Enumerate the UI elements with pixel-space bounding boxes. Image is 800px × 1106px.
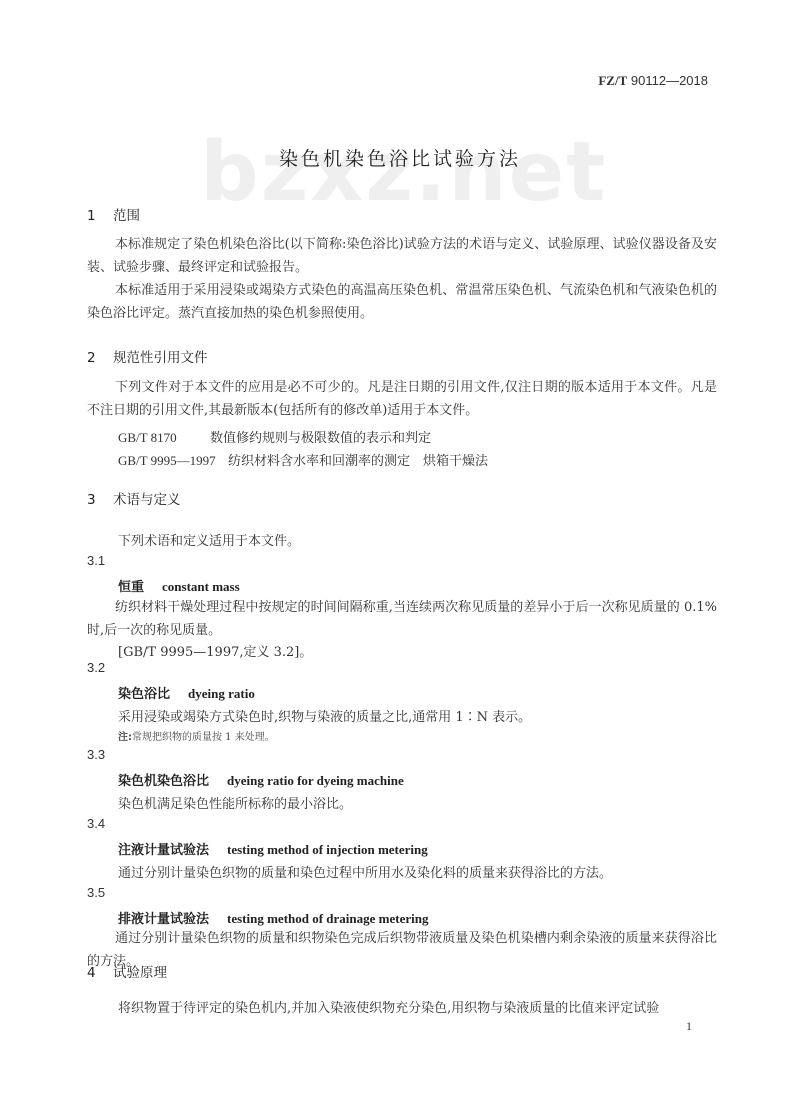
section-heading-4: 4试验原理 xyxy=(87,961,167,981)
term-definition: 染色机满足染色性能所标称的最小浴比。 xyxy=(118,793,352,812)
section-number: 2 xyxy=(87,350,113,366)
term-definition: 通过分别计量染色织物的质量和织物染色完成后织物带液质量及染色机染槽内剩余染液的质… xyxy=(87,927,717,973)
reference-code: GB/T 8170 xyxy=(118,430,210,446)
term-heading: 排液计量试验法testing method of drainage meteri… xyxy=(118,908,428,927)
term-note: 注:常规把织物的质量按 1 来处理。 xyxy=(118,728,275,743)
section-heading-1: 1范围 xyxy=(87,204,140,224)
clause-number: 3.5 xyxy=(87,885,105,900)
standard-number: 90112—2018 xyxy=(631,73,708,88)
reference-item: GB/T 9995—1997纺织材料含水率和回潮率的测定 烘箱干燥法 xyxy=(118,450,488,469)
term-zh: 染色浴比 xyxy=(118,687,170,702)
term-zh: 恒重 xyxy=(118,580,144,595)
paragraph: 下列文件对于本文件的应用是必不可少的。凡是注日期的引用文件,仅注日期的版本适用于… xyxy=(87,376,717,422)
clause-number: 3.2 xyxy=(87,660,105,675)
standard-code: FZ/T 90112—2018 xyxy=(598,73,708,89)
term-definition: 纺织材料干燥处理过程中按规定的时间间隔称重,当连续两次称见质量的差异小于后一次称… xyxy=(87,596,717,642)
term-en: dyeing ratio xyxy=(188,686,255,701)
paragraph: 将织物置于待评定的染色机内,并加入染液使织物充分染色,用织物与染液质量的比值来评… xyxy=(118,997,659,1016)
section-title: 试验原理 xyxy=(113,965,167,981)
section-number: 1 xyxy=(87,208,113,224)
section-title: 术语与定义 xyxy=(113,492,181,508)
term-source: [GB/T 9995—1997,定义 3.2]。 xyxy=(118,641,312,660)
reference-item: GB/T 8170数值修约规则与极限数值的表示和判定 xyxy=(118,427,431,446)
clause-number: 3.1 xyxy=(87,553,105,568)
note-label: 注: xyxy=(118,732,132,743)
term-zh: 排液计量试验法 xyxy=(118,912,209,927)
term-en: dyeing ratio for dyeing machine xyxy=(227,773,404,788)
term-zh: 注液计量试验法 xyxy=(118,843,209,858)
term-heading: 注液计量试验法testing method of injection meter… xyxy=(118,839,428,858)
term-heading: 染色机染色浴比dyeing ratio for dyeing machine xyxy=(118,770,404,789)
term-heading: 恒重constant mass xyxy=(118,576,240,595)
paragraph: 本标准适用于采用浸染或竭染方式染色的高温高压染色机、常温常压染色机、气流染色机和… xyxy=(87,279,717,325)
section-title: 范围 xyxy=(113,208,140,224)
section-number: 3 xyxy=(87,492,113,508)
reference-title: 数值修约规则与极限数值的表示和判定 xyxy=(210,431,431,446)
standard-prefix: FZ/T xyxy=(598,73,627,88)
term-zh: 染色机染色浴比 xyxy=(118,774,209,789)
term-heading: 染色浴比dyeing ratio xyxy=(118,683,255,702)
term-en: constant mass xyxy=(162,579,240,594)
term-en: testing method of drainage metering xyxy=(227,911,428,926)
section-heading-2: 2规范性引用文件 xyxy=(87,346,208,366)
reference-title: 纺织材料含水率和回潮率的测定 烘箱干燥法 xyxy=(228,454,488,469)
paragraph: 本标准规定了染色机染色浴比(以下简称:染色浴比)试验方法的术语与定义、试验原理、… xyxy=(87,233,717,279)
term-definition: 采用浸染或竭染方式染色时,织物与染液的质量之比,通常用 1∶N 表示。 xyxy=(118,706,531,725)
clause-number: 3.4 xyxy=(87,816,105,831)
term-en: testing method of injection metering xyxy=(227,842,428,857)
document-title: 染色机染色浴比试验方法 xyxy=(0,144,800,171)
page-number: 1 xyxy=(686,1019,692,1034)
clause-number: 3.3 xyxy=(87,747,105,762)
section-title: 规范性引用文件 xyxy=(113,350,208,366)
term-definition: 通过分别计量染色织物的质量和染色过程中所用水及染化料的质量来获得浴比的方法。 xyxy=(118,862,612,881)
section-number: 4 xyxy=(87,965,113,981)
terms-intro: 下列术语和定义适用于本文件。 xyxy=(118,530,300,549)
reference-code: GB/T 9995—1997 xyxy=(118,453,228,469)
note-text: 常规把织物的质量按 1 来处理。 xyxy=(132,732,275,743)
section-heading-3: 3术语与定义 xyxy=(87,488,181,508)
